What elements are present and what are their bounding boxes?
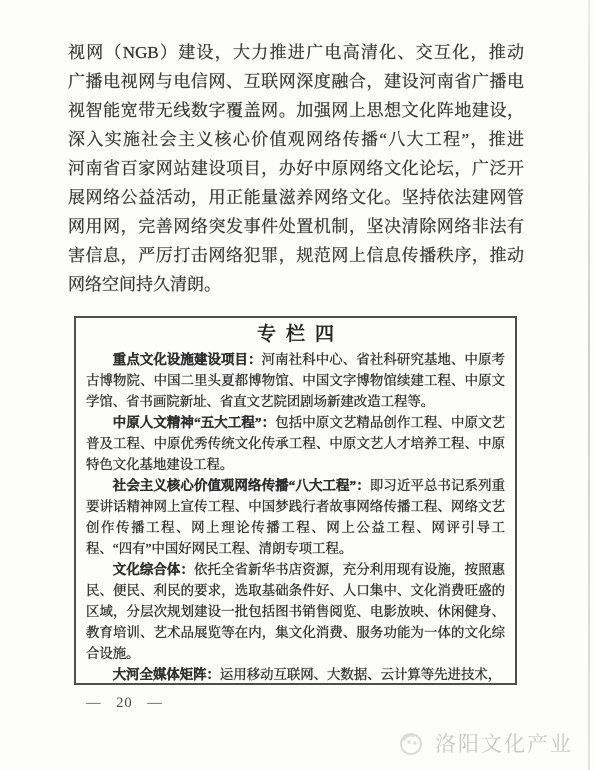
column-four-box: 专栏四 重点文化设施建设项目：河南社科中心、省社科研究基地、中原考古博物院、中国… [74, 316, 517, 685]
body-line: 网络空间持久清朗。 [68, 270, 524, 299]
body-line: 深入实施社会主义核心价值观网络传播“八大工程”，推进 [68, 125, 524, 154]
body-line: 害信息，严厉打击网络犯罪，规范网上信息传播秩序，推动 [68, 241, 524, 270]
body-line: 展网络公益活动，用正能量滋养网络文化。坚持依法建网管 [68, 183, 524, 212]
body-line: 网用网，完善网络突发事件处置机制，坚决清除网络非法有 [68, 212, 524, 241]
column-box-title: 专栏四 [86, 323, 505, 347]
box-paragraph: 大河全媒体矩阵：运用移动互联网、大数据、云计算等先进技术， [86, 664, 505, 685]
box-paragraph: 社会主义核心价值观网络传播“八大工程”：即习近平总书记系列重要讲话精神网上宣传工… [86, 475, 505, 559]
body-paragraph: 视网（NGB）建设，大力推进广电高清化、交互化，推动 广播电视网与电信网、互联网… [68, 38, 524, 299]
box-paragraph: 重点文化设施建设项目：河南社科中心、省社科研究基地、中原考古博物院、中国二里头夏… [86, 349, 505, 412]
body-line: 视网（NGB）建设，大力推进广电高清化、交互化，推动 [68, 38, 524, 67]
box-paragraph-lead: 文化综合体： [113, 562, 194, 577]
scan-edge-line [588, 0, 590, 770]
box-paragraph-text: 运用移动互联网、大数据、云计算等先进技术， [220, 667, 501, 682]
box-paragraph: 文化综合体：依托全省新华书店资源，充分利用现有设施，按照惠民、便民、利民的要求，… [86, 559, 505, 664]
watermark-text: 洛阳文化产业 [435, 728, 573, 758]
watermark: 洛阳文化产业 [397, 728, 573, 758]
box-paragraph-lead: 重点文化设施建设项目： [113, 352, 262, 367]
box-paragraph: 中原人文精神“五大工程”：包括中原文艺精品创作工程、中原文艺普及工程、中原优秀传… [86, 412, 505, 475]
body-line: 河南省百家网站建设项目，办好中原网络文化论坛，广泛开 [68, 154, 524, 183]
box-paragraph-lead: 社会主义核心价值观网络传播“八大工程”： [113, 478, 370, 493]
body-line: 广播电视网与电信网、互联网深度融合，建设河南省广播电 [68, 67, 524, 96]
box-paragraph-lead: 中原人文精神“五大工程”： [113, 415, 275, 430]
page-number: — 20 — [86, 695, 163, 712]
body-line: 视智能宽带无线数字覆盖网。加强网上思想文化阵地建设， [68, 96, 524, 125]
document-page: 视网（NGB）建设，大力推进广电高清化、交互化，推动 广播电视网与电信网、互联网… [0, 0, 595, 770]
box-paragraph-lead: 大河全媒体矩阵： [113, 667, 220, 682]
account-logo-icon [397, 729, 425, 757]
